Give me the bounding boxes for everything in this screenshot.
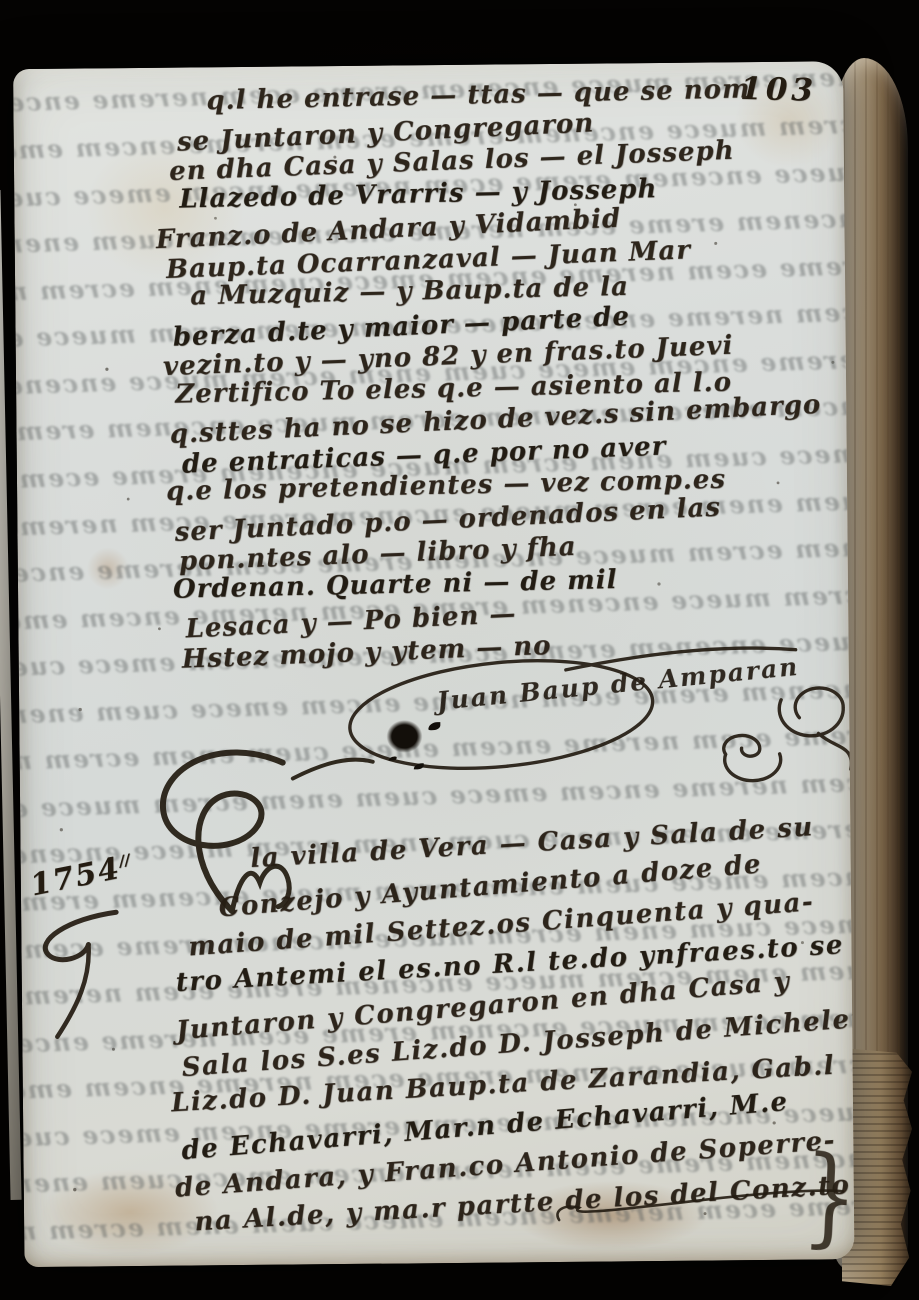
entry-paragraph-1: q.l he entrase — ttas — que se nomse Jun…	[148, 75, 834, 667]
end-of-entry-stroke	[549, 1179, 849, 1232]
manuscript-page: enem ecrem muece encenem ereme ecem nere…	[13, 61, 854, 1267]
margin-flourish	[26, 904, 147, 1045]
margin-year-mark: //	[117, 851, 131, 871]
manuscript-photo: enem ecrem muece encenem ereme ecem nere…	[0, 0, 919, 1300]
entry-paragraph-2: la villa de Vera — Casa y Sala de suConz…	[149, 809, 854, 1240]
margin-year: 1754//	[27, 849, 134, 904]
foxing-speckles	[13, 69, 15, 71]
margin-year-text: 1754	[27, 851, 124, 904]
stain	[78, 538, 139, 599]
